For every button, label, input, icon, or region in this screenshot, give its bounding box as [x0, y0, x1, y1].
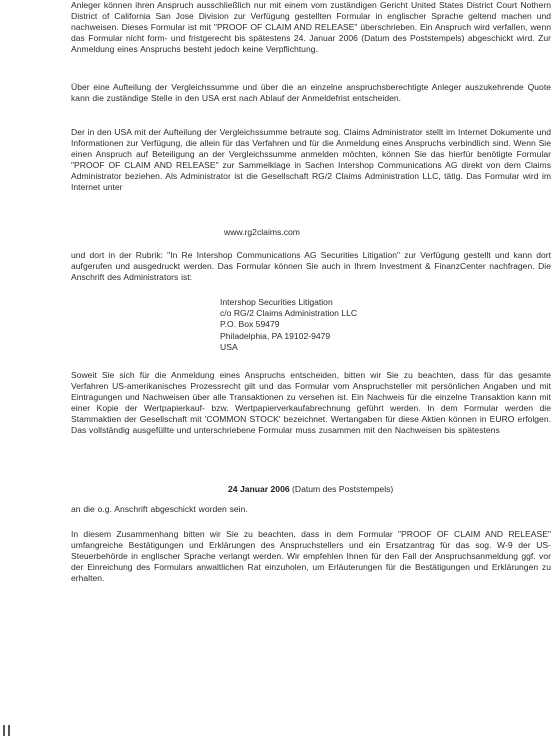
address-line-5: USA	[220, 342, 357, 353]
scan-margin-mark-icon	[2, 725, 11, 736]
deadline-date: 24 Januar 2006	[228, 484, 290, 494]
administrator-address: Intershop Securities Litigation c/o RG/2…	[220, 297, 357, 353]
address-line-4: Philadelphia, PA 19102-9479	[220, 331, 357, 342]
paragraph-form-availability: und dort in der Rubrik: "In Re Intershop…	[71, 250, 551, 283]
address-line-3: P.O. Box 59479	[220, 319, 357, 330]
address-line-2: c/o RG/2 Claims Administration LLC	[220, 308, 357, 319]
claims-website-url: www.rg2claims.com	[224, 227, 300, 238]
paragraph-claims-administrator: Der in den USA mit der Aufteilung der Ve…	[71, 127, 551, 194]
paragraph-distribution-quota: Über eine Aufteilung der Vergleichssumme…	[71, 82, 551, 104]
paragraph-legal-advice: In diesem Zusammenhang bitten wir Sie zu…	[71, 529, 551, 584]
deadline-note: (Datum des Poststempels)	[290, 484, 394, 494]
paragraph-filing-instructions: Soweit Sie sich für die Anmeldung eines …	[71, 370, 551, 437]
paragraph-send-to-address: an die o.g. Anschrift abgeschickt worden…	[71, 504, 551, 515]
deadline-line: 24 Januar 2006 (Datum des Poststempels)	[228, 484, 393, 495]
address-line-1: Intershop Securities Litigation	[220, 297, 357, 308]
paragraph-claim-form-requirement: Anleger können ihren Anspruch ausschließ…	[71, 0, 551, 55]
